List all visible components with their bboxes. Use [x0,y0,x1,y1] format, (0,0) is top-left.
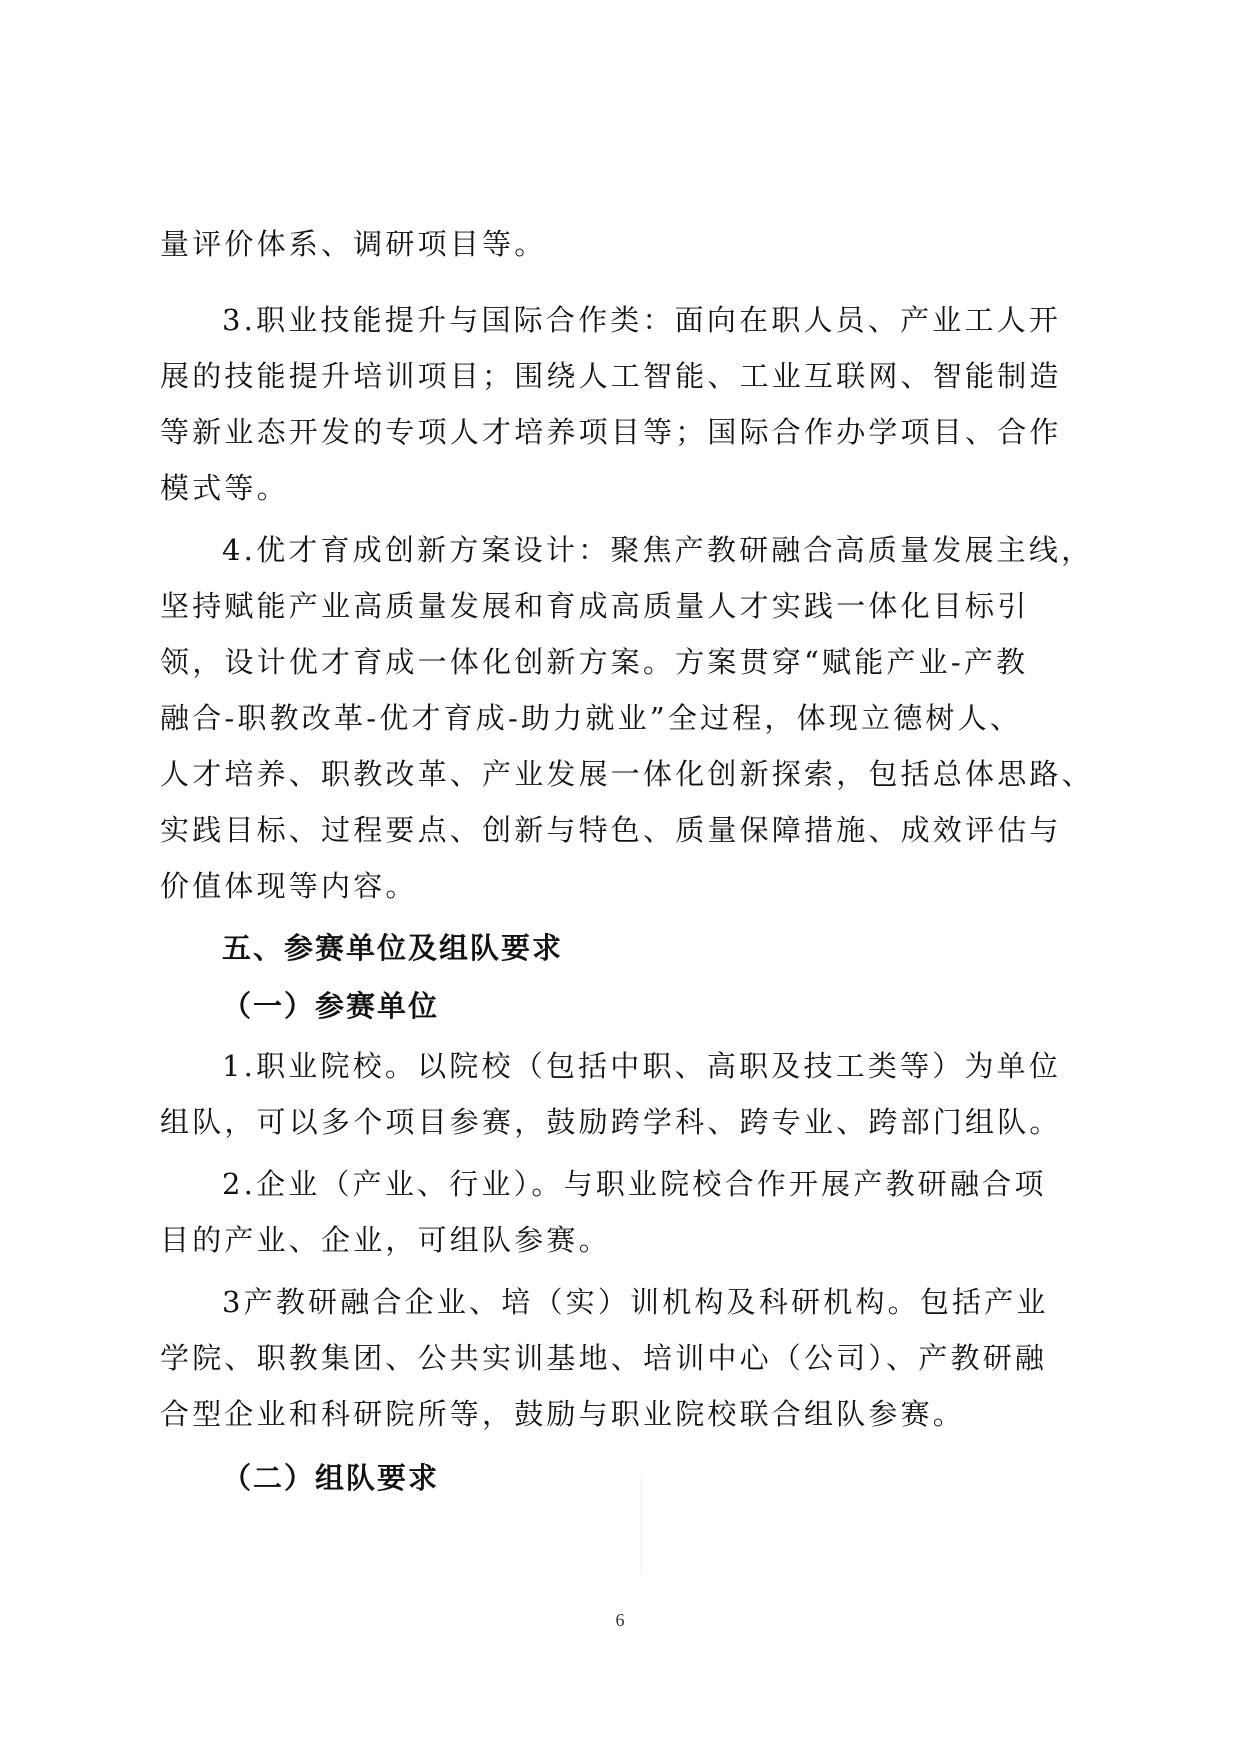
paragraph-line: 价值体现等内容。 [160,866,1080,906]
subsection-heading: （二）组队要求 [222,1458,1142,1498]
paragraph-line: 模式等。 [160,468,1080,508]
paragraph-line: 坚持赋能产业高质量发展和育成高质量人才实践一体化目标引 [160,586,1080,626]
paragraph-line: 实践目标、过程要点、创新与特色、质量保障措施、成效评估与 [160,810,1080,850]
paragraph-line: 展的技能提升培训项目；围绕人工智能、工业互联网、智能制造 [160,356,1080,396]
section-heading: 五、参赛单位及组队要求 [222,928,1142,968]
paragraph-line: 学院、职教集团、公共实训基地、培训中心（公司）、产教研融 [160,1338,1080,1378]
paragraph-line: 人才培养、职教改革、产业发展一体化创新探索，包括总体思路、 [160,754,1080,794]
paragraph-line: 1.职业院校。以院校（包括中职、高职及技工类等）为单位 [222,1046,1142,1086]
page-number: 6 [0,1610,1240,1631]
paragraph-line: 合型企业和科研院所等，鼓励与职业院校联合组队参赛。 [160,1394,1080,1434]
paragraph-line: 组队，可以多个项目参赛，鼓励跨学科、跨专业、跨部门组队。 [160,1102,1080,1142]
scan-fold-mark [641,1475,642,1575]
paragraph-line: 等新业态开发的专项人才培养项目等；国际合作办学项目、合作 [160,412,1080,452]
document-page: 量评价体系、调研项目等。 3.职业技能提升与国际合作类：面向在职人员、产业工人开… [0,0,1240,1753]
paragraph-line: 融合-职教改革-优才育成-助力就业”全过程，体现立德树人、 [160,698,1080,738]
paragraph-line: 3.职业技能提升与国际合作类：面向在职人员、产业工人开 [222,300,1142,340]
paragraph-line: 量评价体系、调研项目等。 [160,224,1080,264]
paragraph-line: 4.优才育成创新方案设计：聚焦产教研融合高质量发展主线， [222,530,1142,570]
paragraph-line: 2.企业（产业、行业）。与职业院校合作开展产教研融合项 [222,1164,1142,1204]
paragraph-line: 3产教研融合企业、培（实）训机构及科研机构。包括产业 [222,1282,1142,1322]
subsection-heading: （一）参赛单位 [222,986,1142,1026]
paragraph-line: 目的产业、企业，可组队参赛。 [160,1220,1080,1260]
paragraph-line: 领，设计优才育成一体化创新方案。方案贯穿“赋能产业-产教 [160,642,1080,682]
